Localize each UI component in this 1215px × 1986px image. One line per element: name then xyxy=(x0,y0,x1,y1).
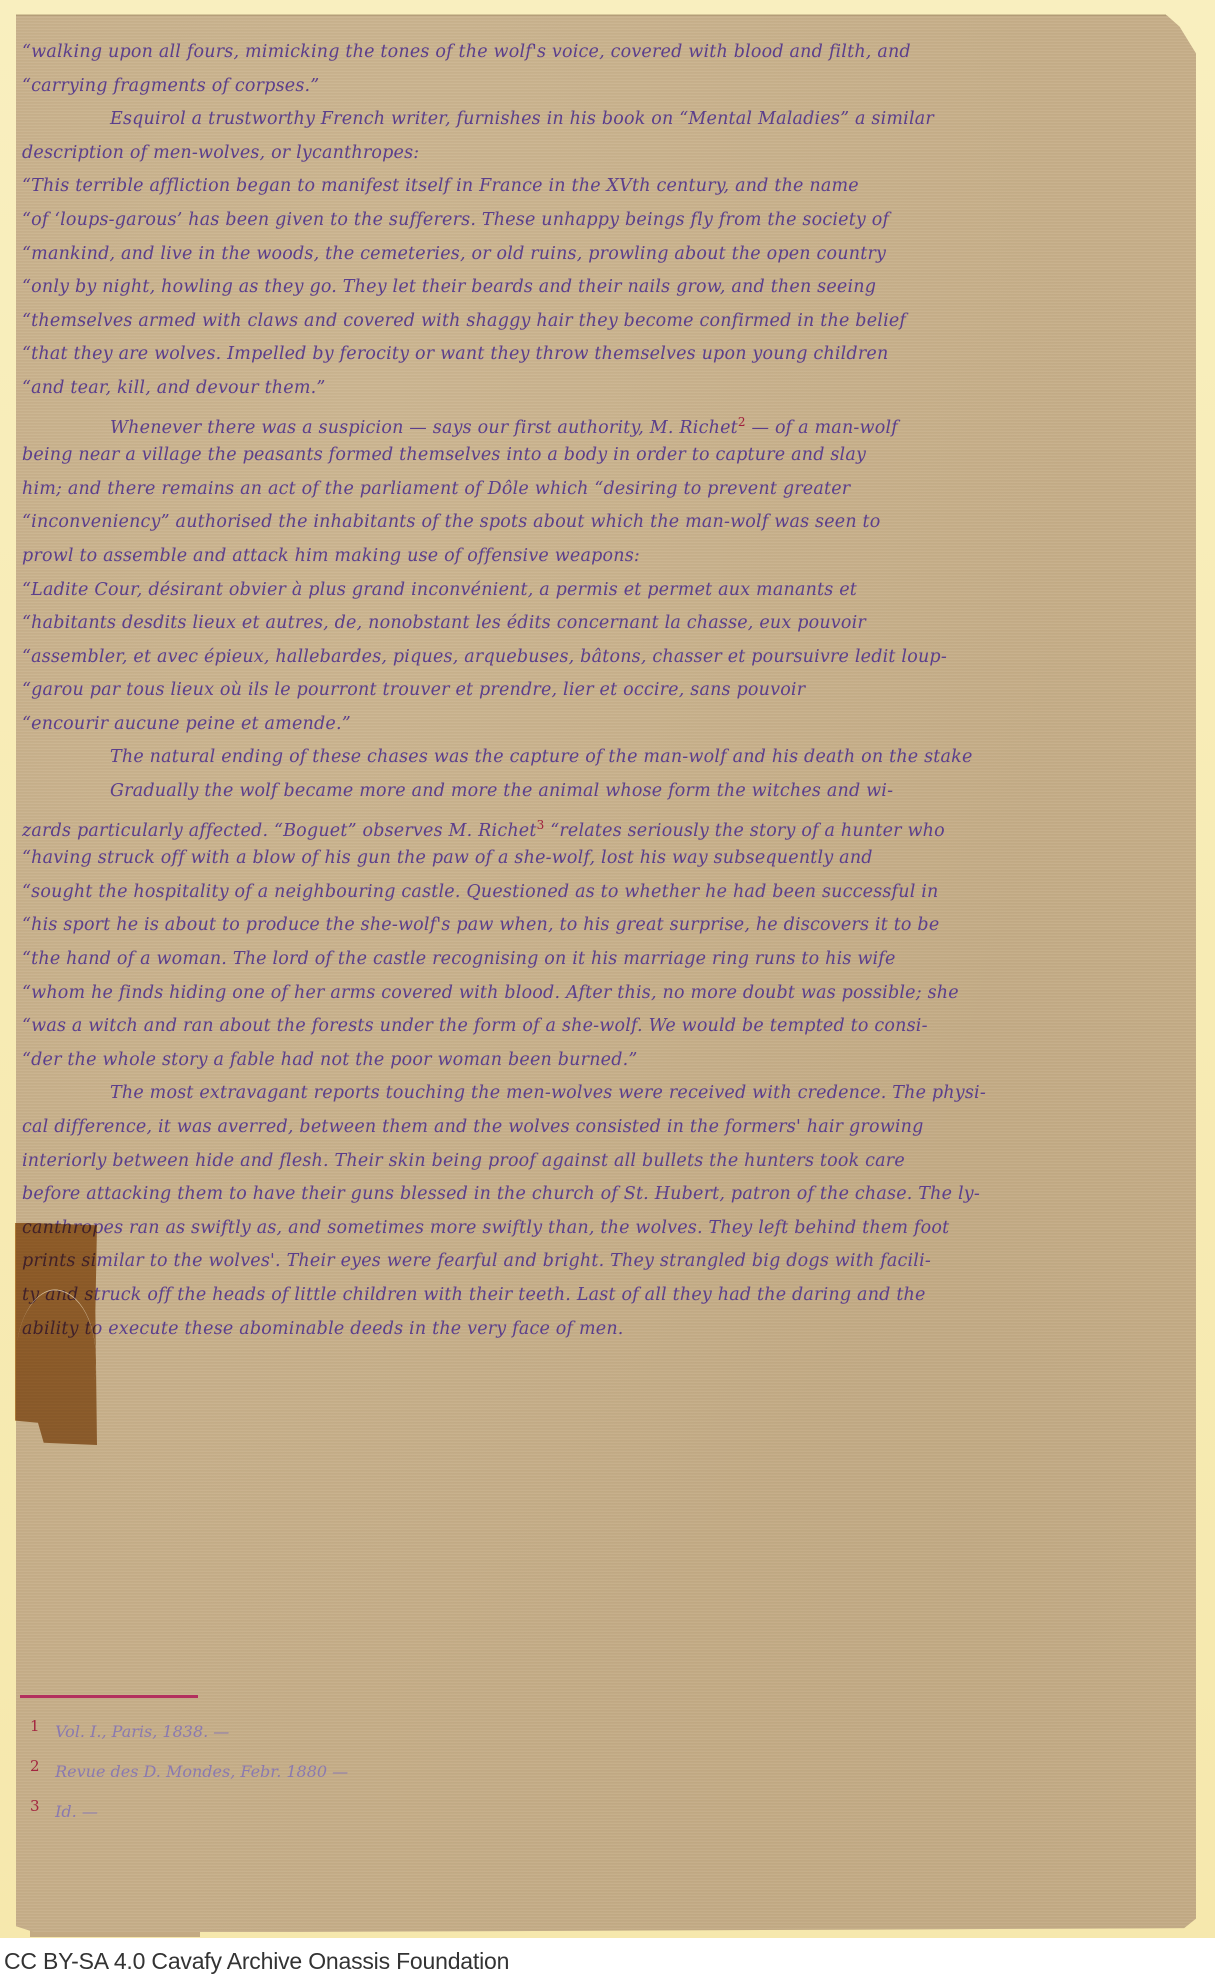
line-text: “This terrible affliction began to manif… xyxy=(22,176,859,196)
footnote-text: Vol. I., Paris, 1838. — xyxy=(55,1722,229,1741)
manuscript-line: “assembler, et avec épieux, hallebardes,… xyxy=(22,641,1182,675)
line-text: before attacking them to have their guns… xyxy=(22,1184,980,1204)
manuscript-line: “walking upon all fours, mimicking the t… xyxy=(22,36,1182,70)
license-caption: CC BY-SA 4.0 Cavafy Archive Onassis Foun… xyxy=(4,1948,509,1975)
manuscript-line: “garou par tous lieux où ils le pourront… xyxy=(22,674,1182,708)
manuscript-line: canthropes ran as swiftly as, and someti… xyxy=(22,1212,1182,1246)
footnotes: 1 Vol. I., Paris, 1838. — 2 Revue des D.… xyxy=(30,1712,348,1832)
paper-top-edge xyxy=(16,14,1166,16)
line-text: “garou par tous lieux où ils le pourront… xyxy=(22,680,805,700)
manuscript-line: “habitants desdits lieux et autres, de, … xyxy=(22,607,1182,641)
manuscript-line: ability to execute these abominable deed… xyxy=(22,1313,1182,1347)
manuscript-line: “having struck off with a blow of his gu… xyxy=(22,842,1182,876)
manuscript-line: The natural ending of these chases was t… xyxy=(22,741,1182,775)
line-text: “habitants desdits lieux et autres, de, … xyxy=(22,613,866,633)
line-text: ability to execute these abominable deed… xyxy=(22,1319,624,1339)
line-text: canthropes ran as swiftly as, and someti… xyxy=(22,1218,949,1238)
manuscript-line: “of ‘loups-garous’ has been given to the… xyxy=(22,204,1182,238)
line-text: “themselves armed with claws and covered… xyxy=(22,311,906,331)
manuscript-line: “inconveniency” authorised the inhabitan… xyxy=(22,506,1182,540)
manuscript-line: zards particularly affected. “Boguet” ob… xyxy=(22,809,1182,843)
footnote-number: 2 xyxy=(30,1752,50,1780)
manuscript-line: cal difference, it was averred, between … xyxy=(22,1111,1182,1145)
line-text: The natural ending of these chases was t… xyxy=(110,747,973,767)
line-text-continued: — of a man-wolf xyxy=(746,417,898,437)
manuscript-line: “encourir aucune peine et amende.” xyxy=(22,708,1182,742)
line-text: prowl to assemble and attack him making … xyxy=(22,546,640,566)
footnote-number: 1 xyxy=(30,1712,50,1740)
manuscript-line: prints similar to the wolves'. Their eye… xyxy=(22,1245,1182,1279)
manuscript-line: “mankind, and live in the woods, the cem… xyxy=(22,238,1182,272)
line-text: “that they are wolves. Impelled by feroc… xyxy=(22,344,888,364)
manuscript-line: “themselves armed with claws and covered… xyxy=(22,305,1182,339)
manuscript-line: “the hand of a woman. The lord of the ca… xyxy=(22,943,1182,977)
footnote-number: 3 xyxy=(30,1792,50,1820)
manuscript-line: Esquirol a trustworthy French writer, fu… xyxy=(22,103,1182,137)
manuscript-line: “and tear, kill, and devour them.” xyxy=(22,372,1182,406)
line-text: “der the whole story a fable had not the… xyxy=(22,1050,638,1070)
manuscript-line: “only by night, howling as they go. They… xyxy=(22,271,1182,305)
footnote-text: Id. — xyxy=(55,1802,98,1821)
line-text: ty and struck off the heads of little ch… xyxy=(22,1285,926,1305)
line-text: Whenever there was a suspicion — says ou… xyxy=(110,417,738,437)
manuscript-line: Whenever there was a suspicion — says ou… xyxy=(22,406,1182,440)
footnote-3: 3 Id. — xyxy=(30,1792,348,1832)
footnote-2: 2 Revue des D. Mondes, Febr. 1880 — xyxy=(30,1752,348,1792)
line-text: “inconveniency” authorised the inhabitan… xyxy=(22,512,881,532)
manuscript-line: interiorly between hide and flesh. Their… xyxy=(22,1145,1182,1179)
footnote-text: Revue des D. Mondes, Febr. 1880 — xyxy=(55,1762,348,1781)
line-text: “whom he finds hiding one of her arms co… xyxy=(22,983,959,1003)
line-text: “of ‘loups-garous’ has been given to the… xyxy=(22,210,889,230)
line-text: cal difference, it was averred, between … xyxy=(22,1117,924,1137)
manuscript-line: “that they are wolves. Impelled by feroc… xyxy=(22,338,1182,372)
line-text: “mankind, and live in the woods, the cem… xyxy=(22,244,886,264)
line-text: being near a village the peasants formed… xyxy=(22,445,866,465)
manuscript-line: before attacking them to have their guns… xyxy=(22,1178,1182,1212)
manuscript-line: “der the whole story a fable had not the… xyxy=(22,1044,1182,1078)
manuscript-body: “walking upon all fours, mimicking the t… xyxy=(22,36,1182,1346)
manuscript-line: prowl to assemble and attack him making … xyxy=(22,540,1182,574)
manuscript-line: Gradually the wolf became more and more … xyxy=(22,775,1182,809)
line-text: interiorly between hide and flesh. Their… xyxy=(22,1151,905,1171)
manuscript-line: The most extravagant reports touching th… xyxy=(22,1077,1182,1111)
line-text: “having struck off with a blow of his gu… xyxy=(22,848,873,868)
manuscript-line: ty and struck off the heads of little ch… xyxy=(22,1279,1182,1313)
line-text: Esquirol a trustworthy French writer, fu… xyxy=(110,109,934,129)
line-text: “was a witch and ran about the forests u… xyxy=(22,1016,928,1036)
footnote-divider xyxy=(20,1695,198,1698)
line-text: zards particularly affected. “Boguet” ob… xyxy=(22,820,537,840)
line-text: The most extravagant reports touching th… xyxy=(110,1083,986,1103)
line-text: prints similar to the wolves'. Their eye… xyxy=(22,1251,931,1271)
manuscript-line: “Ladite Cour, désirant obvier à plus gra… xyxy=(22,574,1182,608)
line-text: him; and there remains an act of the par… xyxy=(22,479,850,499)
line-text: “his sport he is about to produce the sh… xyxy=(22,915,939,935)
line-text: “sought the hospitality of a neighbourin… xyxy=(22,882,939,902)
line-text: description of men-wolves, or lycanthrop… xyxy=(22,143,419,163)
line-text: “walking upon all fours, mimicking the t… xyxy=(22,42,911,62)
line-text: Gradually the wolf became more and more … xyxy=(110,781,893,801)
manuscript-line: “This terrible affliction began to manif… xyxy=(22,170,1182,204)
manuscript-line: being near a village the peasants formed… xyxy=(22,439,1182,473)
footnote-1: 1 Vol. I., Paris, 1838. — xyxy=(30,1712,348,1752)
manuscript-line: “sought the hospitality of a neighbourin… xyxy=(22,876,1182,910)
manuscript-line: description of men-wolves, or lycanthrop… xyxy=(22,137,1182,171)
line-text: “and tear, kill, and devour them.” xyxy=(22,378,326,398)
footnote-reference: 2 xyxy=(738,415,746,429)
line-text: “the hand of a woman. The lord of the ca… xyxy=(22,949,896,969)
manuscript-line: “was a witch and ran about the forests u… xyxy=(22,1010,1182,1044)
line-text: “assembler, et avec épieux, hallebardes,… xyxy=(22,647,947,667)
manuscript-line: “whom he finds hiding one of her arms co… xyxy=(22,977,1182,1011)
manuscript-line: “his sport he is about to produce the sh… xyxy=(22,909,1182,943)
line-text: “only by night, howling as they go. They… xyxy=(22,277,876,297)
line-text: “Ladite Cour, désirant obvier à plus gra… xyxy=(22,580,857,600)
manuscript-line: “carrying fragments of corpses.” xyxy=(22,70,1182,104)
line-text-continued: “relates seriously the story of a hunter… xyxy=(544,820,944,840)
manuscript-line: him; and there remains an act of the par… xyxy=(22,473,1182,507)
line-text: “carrying fragments of corpses.” xyxy=(22,76,319,96)
line-text: “encourir aucune peine et amende.” xyxy=(22,714,351,734)
